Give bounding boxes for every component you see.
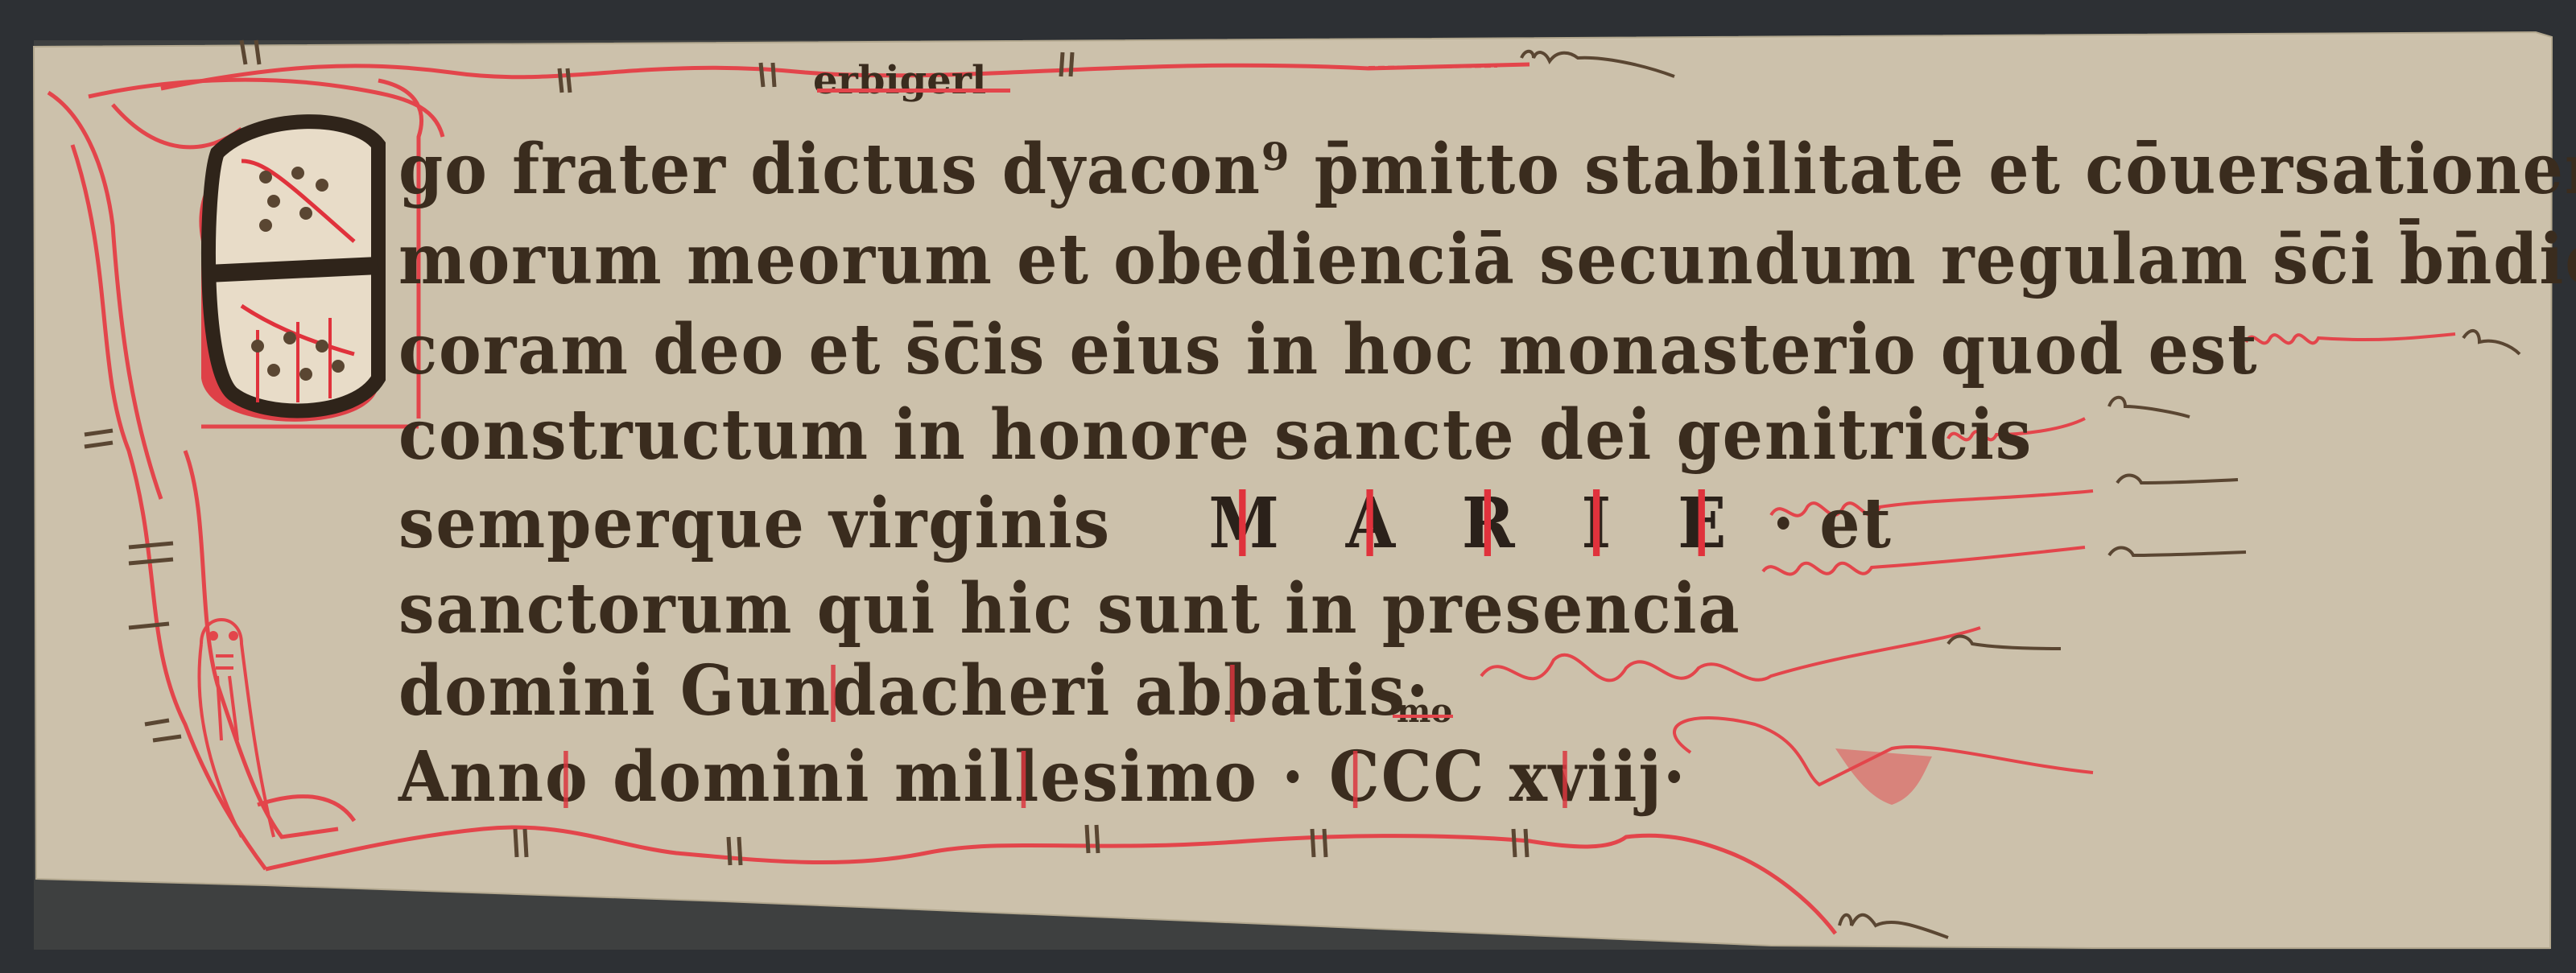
text-line-2: morum meorum et obedienciā secundum regu… [398,219,2576,300]
line-8-anno-domini: Anno domini [398,736,870,818]
rubric-letter-m: M [1188,483,1302,564]
abbot-name-gundacheri: Gundacheri [680,650,1111,732]
line-5-prefix: semperque virginis [398,483,1111,564]
interlinear-annotation-mo: mo [1397,692,1452,730]
initial-e-letterform [199,122,378,422]
line-7-prefix: domini [398,650,656,732]
line-8-suffix: · [1663,736,1686,818]
rubric-letter-e: E [1657,483,1748,564]
numeral-ccc: · CCC [1282,736,1485,818]
parchment-document: erbigerl go frater dictus dyacon⁹ p̄mitt… [0,0,2576,973]
word-abbatis: abbatis [1135,650,1406,732]
word-millesimo: millesimo [894,736,1258,818]
rubric-letter-a: A [1325,483,1418,564]
text-line-5: semperque virginis M A R I E · et [398,483,1893,564]
text-line-4: constructum in honore sancte dei genitri… [398,394,2033,476]
line-5-suffix: · et [1772,483,1892,564]
text-line-8: Anno domini millesimo · CCC xviij· [398,736,1686,818]
rubric-letter-i: I [1561,483,1633,564]
text-line-7: domini Gundacheri abbatis· [398,650,1430,732]
numeral-xviij: xviij [1509,736,1663,818]
rubric-letter-r: R [1441,483,1537,564]
interlinear-annotation-top: erbigerl [813,58,986,103]
strikethrough-red [817,89,1010,93]
strikethrough-red-mo [1393,715,1453,718]
text-line-1: go frater dictus dyacon⁹ p̄mitto stabili… [398,129,2576,210]
text-line-3: coram deo et s̄c̄is eius in hoc monaster… [398,309,2258,390]
text-line-6: sanctorum qui hic sunt in presencia [398,568,1741,649]
